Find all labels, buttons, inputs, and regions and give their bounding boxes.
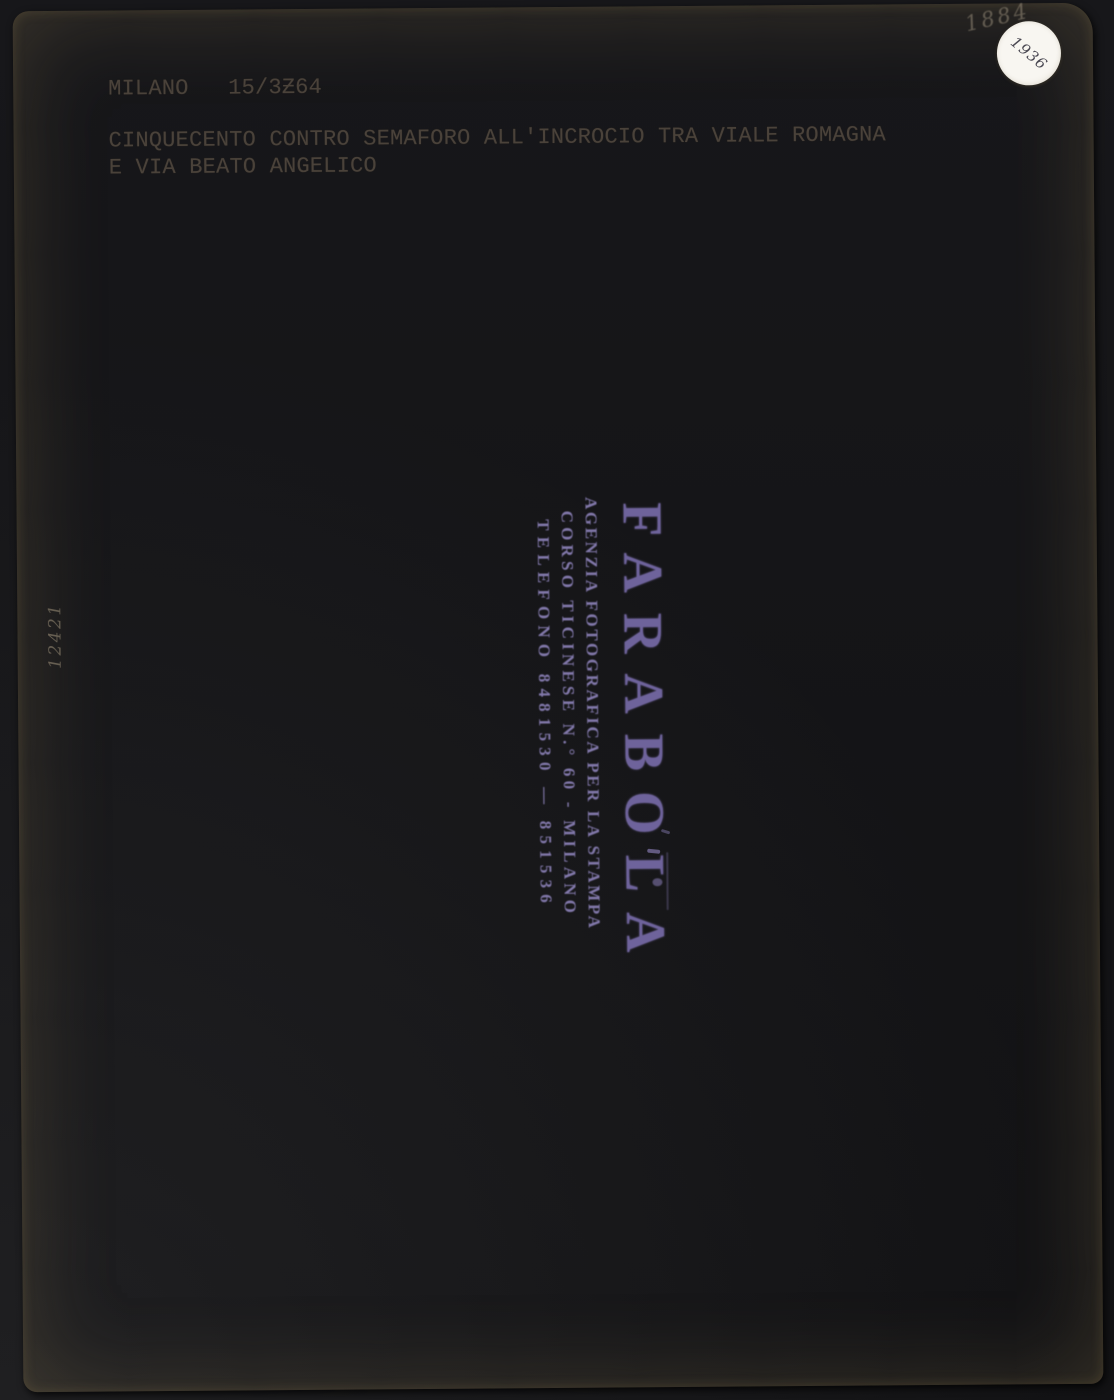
scanned-photo-back: MILANO 15/3Ƶ64 CINQUECENTO CONTRO SEMAFO… (0, 0, 1114, 1400)
stamp-line-telephone: TELEFONO 8481530 — 851536 (530, 489, 558, 939)
archive-sticker-number: 1936 (1007, 33, 1051, 74)
pencil-left-margin-number: 12421 (45, 602, 66, 669)
archive-sticker: 1936 (997, 21, 1062, 86)
stamp-ink-blot (652, 878, 662, 886)
stamp-line-agenzia: AGENZIA FOTOGRAFICA PER LA STAMPA (578, 489, 606, 939)
photo-back-content: MILANO 15/3Ƶ64 CINQUECENTO CONTRO SEMAFO… (13, 3, 1104, 1392)
stamp-line-address: CORSO TICINESE N.° 60 - MILANO (554, 489, 582, 939)
typed-caption-line-1: CINQUECENTO CONTRO SEMAFORO ALL'INCROCIO… (109, 122, 887, 153)
agency-rubber-stamp: FARABOLA AGENZIA FOTOGRAFICA PER LA STAM… (522, 488, 674, 939)
stamp-agency-name: FARABOLA (612, 502, 673, 938)
typed-caption-line-2: E VIA BEATO ANGELICO (109, 153, 377, 180)
typed-date: 15/3Ƶ64 (228, 75, 322, 101)
typed-city: MILANO (108, 76, 189, 102)
